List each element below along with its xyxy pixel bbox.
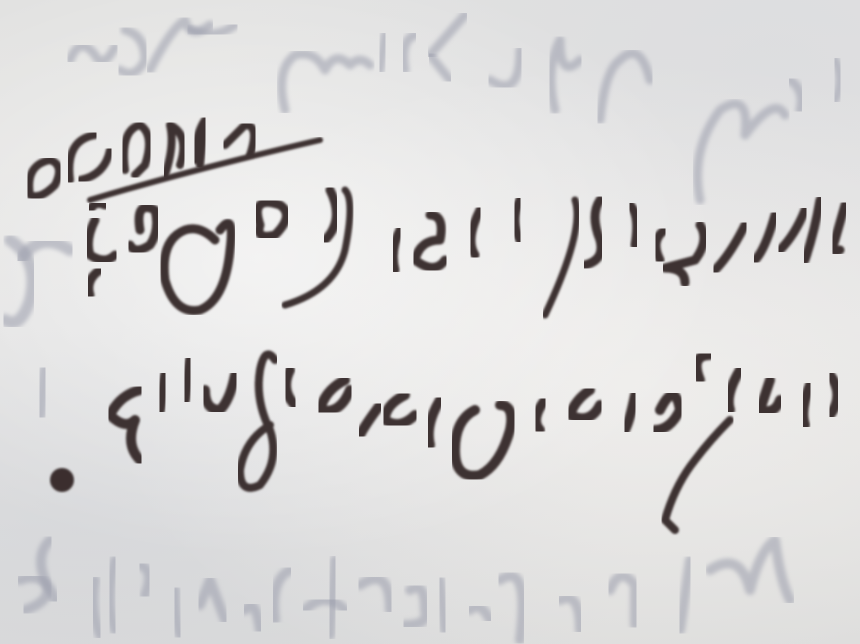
main-line-2-script	[50, 354, 838, 530]
inserted-line-script	[29, 120, 320, 200]
painting-canvas: הקמת שב אורחות שבת של העולם אורות הגדולי…	[0, 0, 860, 644]
faded-left-script	[5, 240, 70, 415]
main-line-1-script	[88, 190, 845, 315]
handwriting-layer	[0, 0, 860, 644]
faded-bottom-script	[20, 540, 790, 640]
